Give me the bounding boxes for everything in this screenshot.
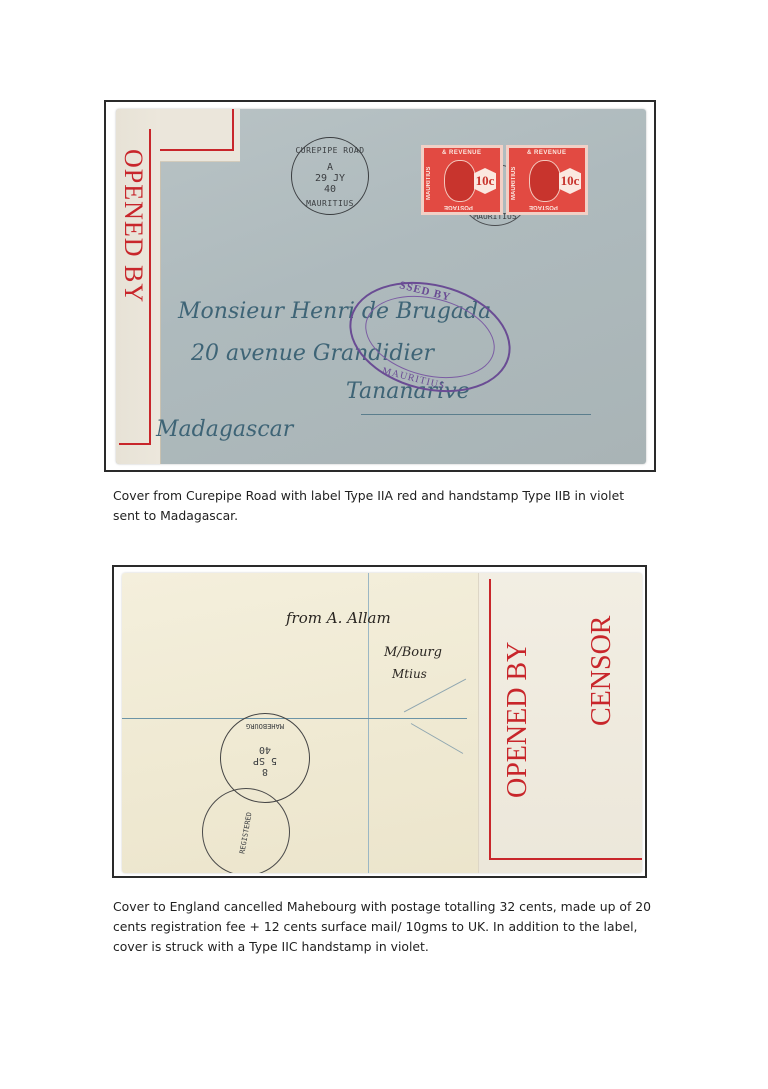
postmark-date: 8 5 SP 40 — [221, 744, 309, 777]
stamp: & REVENUE MAURITIUS 10c POSTAGE — [421, 145, 503, 215]
postmark-curepipe: CUREPIPE ROAD A 29 JY 40 MAURITIUS — [291, 137, 369, 215]
pencil-mark — [411, 723, 463, 754]
sender-line: Mtius — [392, 667, 427, 681]
sender-line: M/Bourg — [384, 645, 442, 660]
label-border-line — [149, 129, 151, 444]
label-border-line — [489, 858, 642, 860]
stamp-value: 10c — [474, 168, 496, 194]
censor-label-text: OPENED BY — [118, 149, 148, 429]
postmark-town: CUREPIPE ROAD — [292, 146, 368, 155]
stamp: & REVENUE MAURITIUS 10c POSTAGE — [506, 145, 588, 215]
sender-line: from A. Allam — [286, 609, 391, 627]
pencil-mark — [404, 679, 466, 713]
label-border-line — [119, 443, 151, 445]
censor-label: OPENED BY CENSOR — [478, 573, 642, 873]
stamp-bottom-text: POSTAGE — [529, 204, 558, 210]
king-portrait-icon — [529, 160, 561, 202]
censor-label-opened-text: OPENED BY — [501, 573, 535, 798]
postmark-mahebourg: MAHEBOURG 8 5 SP 40 — [220, 713, 310, 803]
postmark-country: MAURITIUS — [292, 199, 368, 208]
stamp-country: MAURITIUS — [426, 154, 436, 212]
stamp-country: MAURITIUS — [511, 154, 521, 212]
stamp-top-text: & REVENUE — [442, 150, 482, 156]
postmark-code: A — [327, 162, 333, 173]
postmark-town: MAHEBOURG — [221, 722, 309, 730]
postmark-code: 8 — [262, 766, 268, 777]
stamp-top-text: & REVENUE — [527, 150, 567, 156]
postmark-year: 40 — [324, 184, 336, 195]
censor-label-flap — [160, 109, 240, 162]
postmark-day-month: 29 JY — [315, 173, 345, 184]
label-border-line — [489, 579, 491, 859]
label-border-line — [232, 109, 234, 151]
king-portrait-icon — [444, 160, 476, 202]
cover-front-image: OPENED BY CUREPIPE ROAD A 29 JY 40 MAURI… — [116, 109, 646, 464]
address-line: Madagascar — [156, 417, 293, 442]
stamp-bottom-text: POSTAGE — [444, 204, 473, 210]
postmark-text: REGISTERED — [235, 790, 258, 873]
censor-label-strip: OPENED BY — [116, 109, 161, 464]
cover-front-frame: OPENED BY CUREPIPE ROAD A 29 JY 40 MAURI… — [104, 100, 656, 472]
postmark-year: 40 — [259, 744, 271, 755]
censor-label-censor-text: CENSOR — [585, 588, 619, 753]
stamp-value: 10c — [559, 168, 581, 194]
address-underline — [361, 414, 591, 415]
postmark-day-month: 5 SP — [253, 755, 277, 766]
caption-cover-back: Cover to England cancelled Mahebourg wit… — [113, 897, 653, 957]
postmark-date: A 29 JY 40 — [292, 162, 368, 195]
caption-cover-front: Cover from Curepipe Road with label Type… — [113, 486, 653, 526]
registration-line — [122, 718, 467, 719]
label-border-line — [160, 149, 234, 151]
cover-back-image: from A. Allam M/Bourg Mtius REGISTERED M… — [122, 573, 642, 873]
cover-back-frame: from A. Allam M/Bourg Mtius REGISTERED M… — [112, 565, 647, 878]
